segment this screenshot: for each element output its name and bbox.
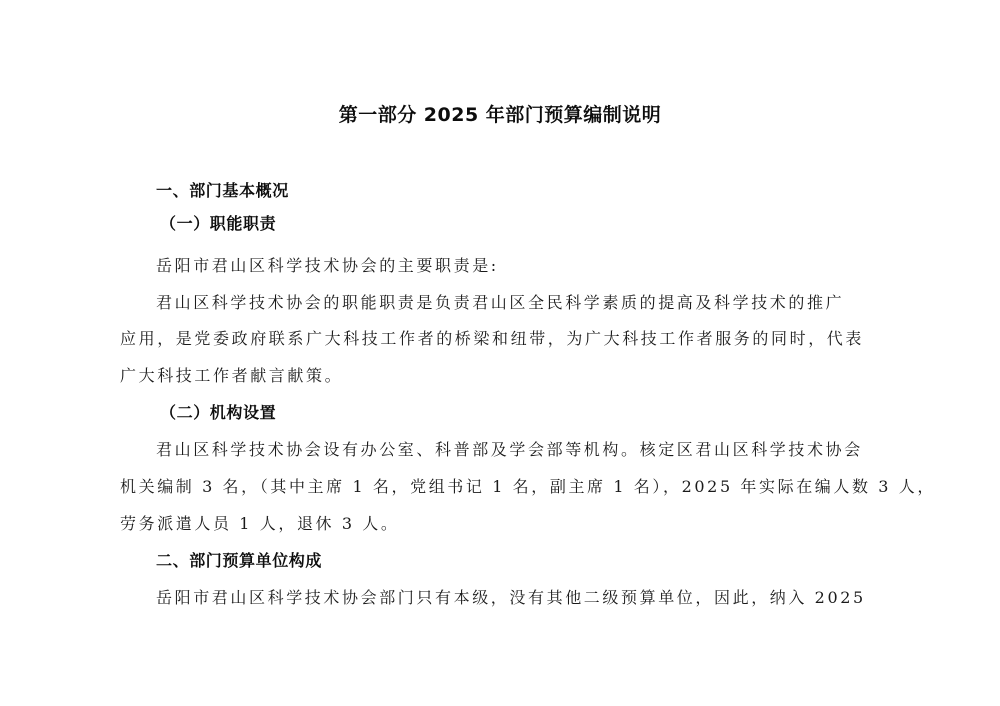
section-heading-budget-units: 二、部门预算单位构成 xyxy=(156,548,322,571)
paragraph-line: 机关编制 3 名，（其中主席 1 名，党组书记 1 名，副主席 1 名），202… xyxy=(120,474,936,497)
paragraph-line: 广大科技工作者献言献策。 xyxy=(120,363,343,386)
document-page: 第一部分 2025 年部门预算编制说明 一、部门基本概况 （一）职能职责 岳阳市… xyxy=(0,0,1000,706)
paragraph-line: 应用，是党委政府联系广大科技工作者的桥梁和纽带，为广大科技工作者服务的同时，代表 xyxy=(120,326,864,349)
paragraph-line: 劳务派遣人员 1 人，退休 3 人。 xyxy=(120,511,400,534)
subsection-heading-structure: （二）机构设置 xyxy=(160,400,276,423)
section-heading-overview: 一、部门基本概况 xyxy=(156,178,289,201)
paragraph-line: 君山区科学技术协会设有办公室、科普部及学会部等机构。核定区君山区科学技术协会 xyxy=(156,437,863,460)
subsection-heading-duties: （一）职能职责 xyxy=(160,211,276,234)
paragraph-line: 岳阳市君山区科学技术协会部门只有本级，没有其他二级预算单位，因此，纳入 2025 xyxy=(156,585,866,608)
paragraph-line: 岳阳市君山区科学技术协会的主要职责是: xyxy=(156,253,499,276)
paragraph-line: 君山区科学技术协会的职能职责是负责君山区全民科学素质的提高及科学技术的推广 xyxy=(156,290,844,313)
document-title: 第一部分 2025 年部门预算编制说明 xyxy=(0,100,1000,127)
